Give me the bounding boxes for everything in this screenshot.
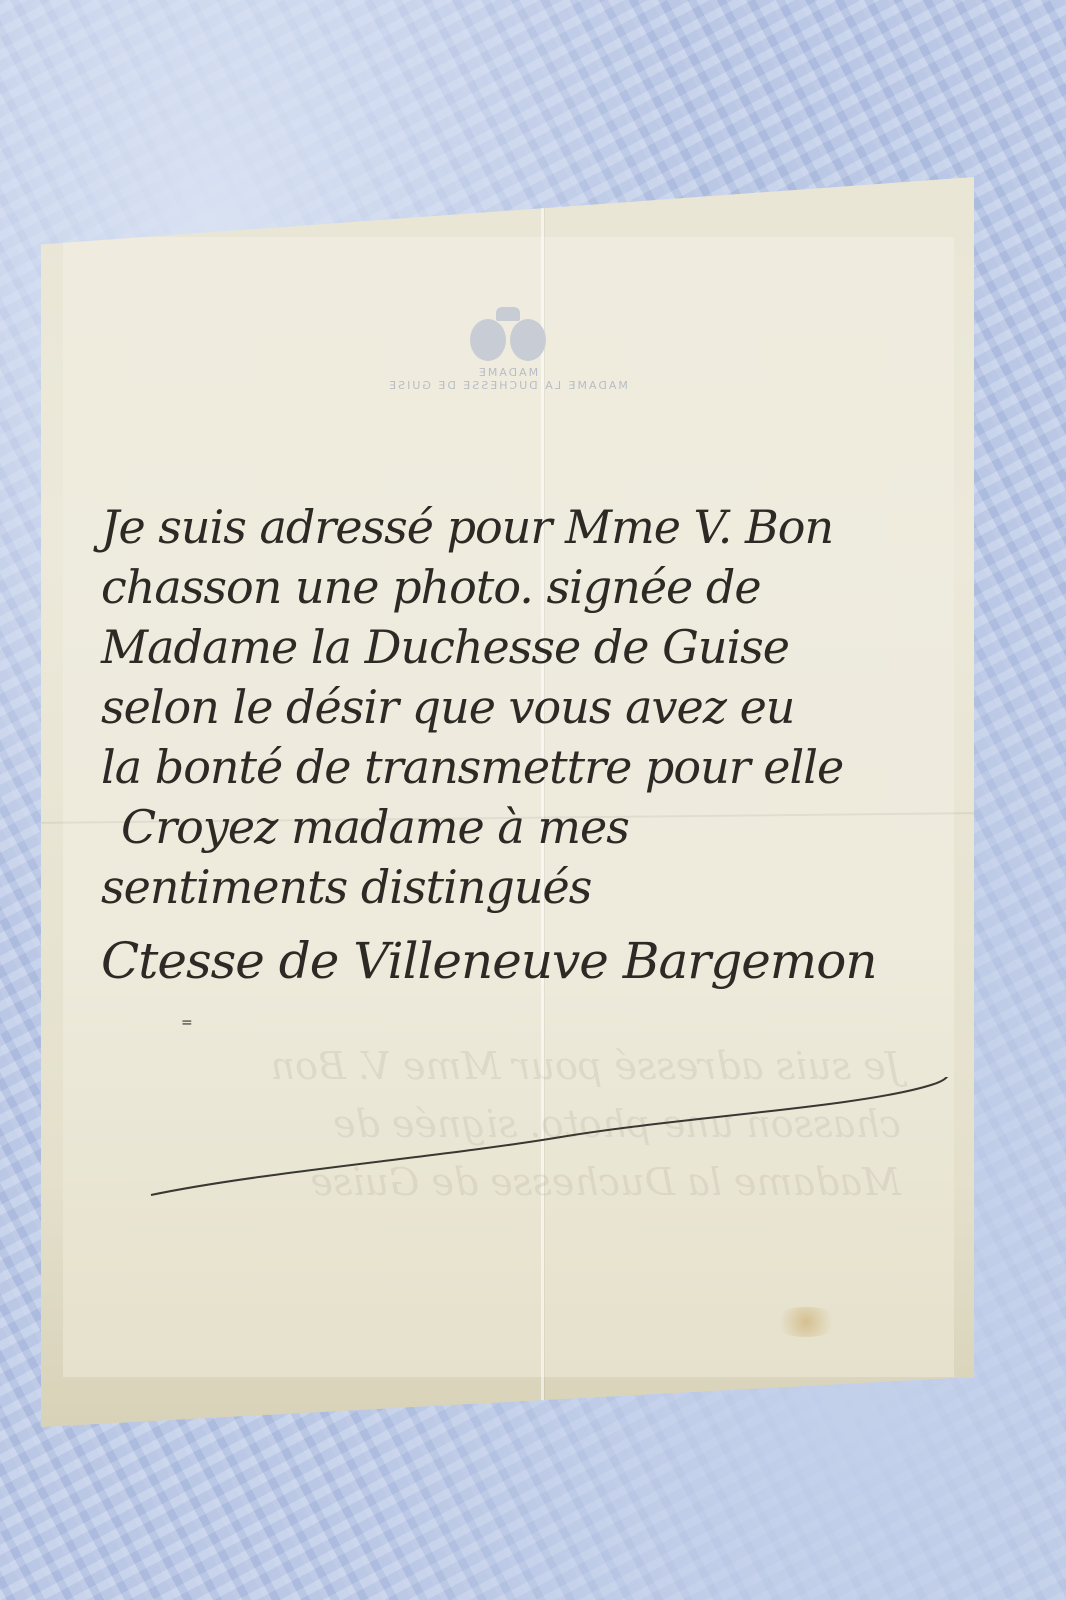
body-line: Je suis adressé pour Mme V. Bon: [101, 497, 961, 557]
closing-line: sentiments distingués: [101, 857, 961, 917]
signature-flourish: [141, 1077, 961, 1197]
signature: Ctesse de Villeneuve Bargemon: [101, 931, 961, 991]
closing-line: Croyez madame à mes: [121, 797, 961, 857]
coat-of-arms-right: [510, 319, 546, 361]
crest-icon: [468, 307, 548, 362]
letterhead: MADAME MADAME LA DUCHESSE DE GUISE: [41, 307, 974, 392]
body-line: la bonté de transmettre pour elle: [101, 737, 961, 797]
crown-icon: [496, 307, 520, 321]
stain: [771, 1307, 841, 1337]
body-line: Madame la Duchesse de Guise: [101, 617, 961, 677]
body-line: chasson une photo. signée de: [101, 557, 961, 617]
coat-of-arms-left: [470, 319, 506, 361]
body-line: selon le désir que vous avez eu: [101, 677, 961, 737]
letterhead-line-1: MADAME: [41, 366, 974, 379]
letterhead-line-2: MADAME LA DUCHESSE DE GUISE: [41, 379, 974, 392]
equals-mark: =: [181, 1015, 193, 1031]
letter-body: Je suis adressé pour Mme V. Bon chasson …: [101, 497, 961, 991]
letter-paper: MADAME MADAME LA DUCHESSE DE GUISE Je su…: [41, 177, 974, 1427]
